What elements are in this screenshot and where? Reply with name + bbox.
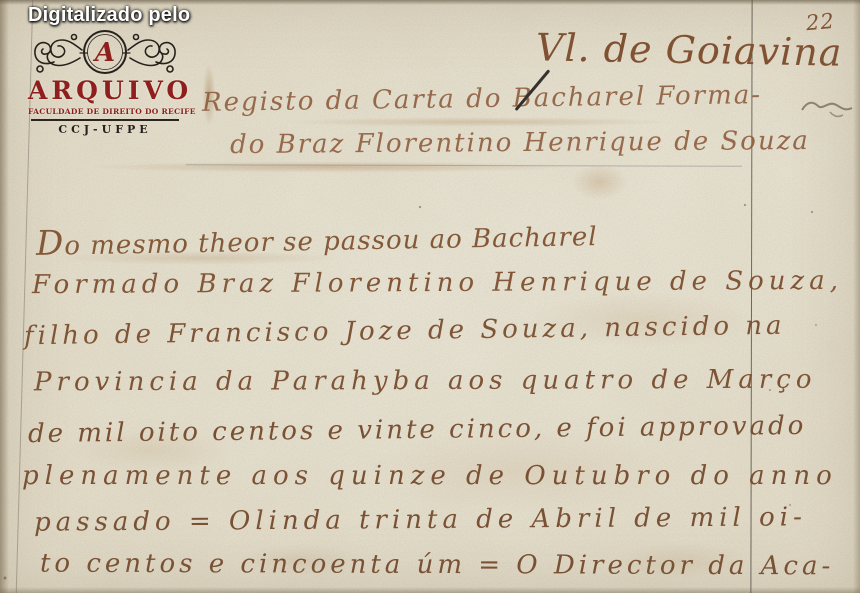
arquivo-monogram: A (92, 38, 115, 68)
ccj-ufpe-label: CCJ-UFPE (28, 123, 182, 136)
manuscript-line: Do mesmo theor se passou ao Bacharel (36, 214, 598, 264)
archive-watermark: Digitalizado pelo A ARQUIVO FACULDADE DE… (28, 4, 182, 136)
pencil-underline (186, 164, 742, 167)
arquivo-wordmark: ARQUIVO (28, 76, 182, 105)
ink-smudge-squiggle (800, 92, 856, 124)
manuscript-line: filho de Francisco Joze de Souza, nascid… (24, 311, 786, 352)
manuscript-line: to centos e cincoenta úm = O Director da… (40, 549, 834, 582)
manuscript-line: de mil oito centos e vinte cinco, e foi … (28, 411, 807, 449)
arquivo-flourish-icon: A (30, 28, 180, 76)
manuscript-scan-page: 22 Vl. de Goiavina Registo da Carta do B… (0, 0, 860, 593)
manuscript-line: passado = Olinda trinta de Abril de mil … (34, 502, 807, 537)
watermark-divider (31, 119, 179, 121)
manuscript-line: plenamente aos quinze de Outubro do anno (22, 461, 838, 491)
digitized-by-label: Digitalizado pelo (28, 4, 182, 27)
manuscript-line: Provincia da Parahyba aos quatro de Març… (34, 365, 817, 398)
faculty-label: FACULDADE DE DIREITO DO RECIFE (28, 107, 182, 116)
header-place-name: Vl. de Goiavina (536, 25, 843, 74)
register-title-line-1: Registo da Carta do Bacharel Forma- (202, 80, 762, 118)
register-title-line-2: do Braz Florentino Henrique de Souza (230, 126, 810, 160)
manuscript-line: Formado Braz Florentino Henrique de Souz… (32, 266, 843, 300)
